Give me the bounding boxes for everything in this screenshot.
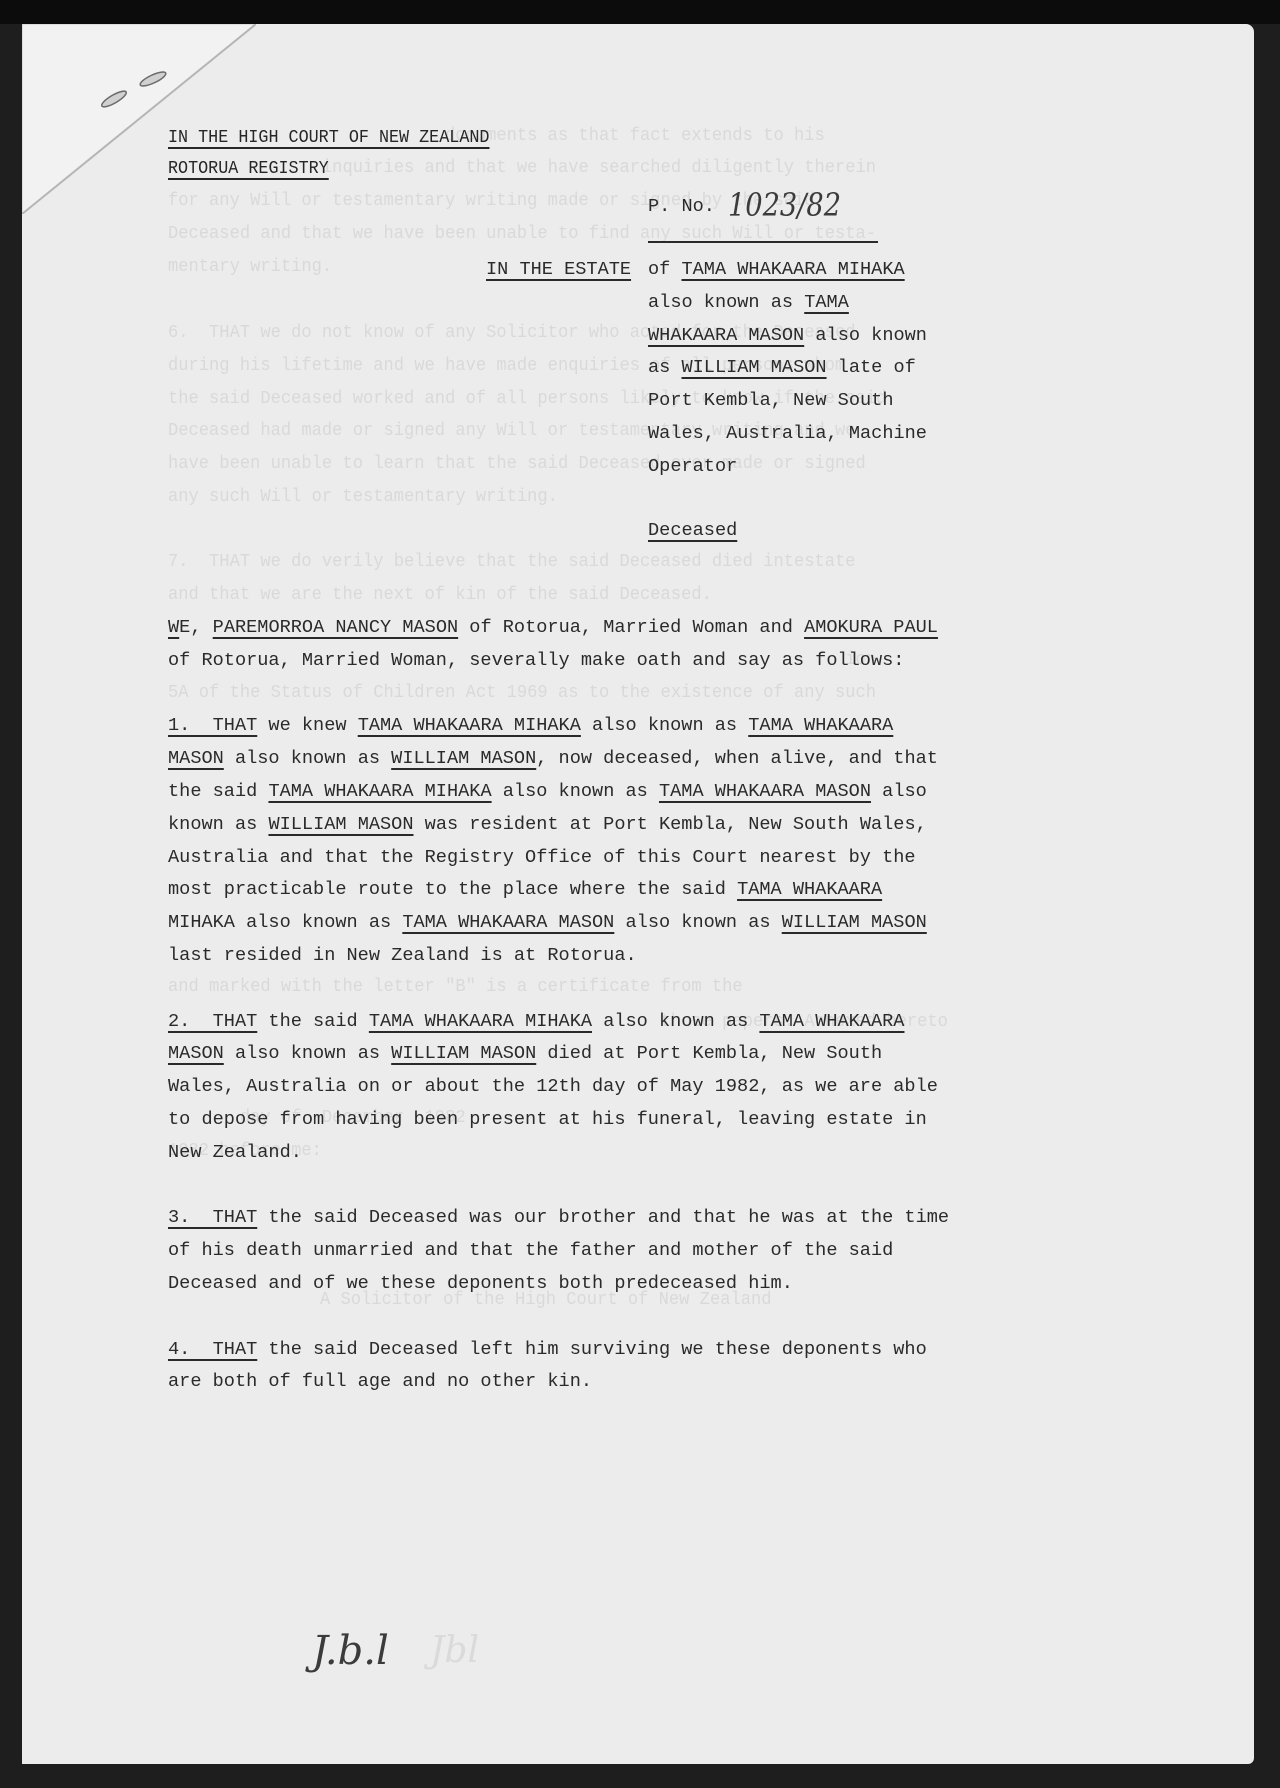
text-run: also known as [592, 1011, 759, 1032]
underlined-name: TAMA [804, 292, 849, 313]
estate-line: Wales, Australia, Machine [648, 423, 927, 445]
text-run: was resident at Port Kembla, New South W… [414, 814, 927, 835]
underlined-name: WILLIAM MASON [391, 1043, 536, 1064]
text-run: the said [257, 1011, 369, 1032]
text-run: also known as [581, 715, 748, 736]
text-run: late of [827, 357, 916, 378]
estate-line: also known as TAMA [648, 292, 849, 314]
paragraph-line: 1. THAT we knew TAMA WHAKAARA MIHAKA als… [168, 715, 893, 737]
paragraph-line: last resided in New Zealand is at Rotoru… [168, 945, 637, 967]
underlined-name: WILLIAM MASON [681, 357, 826, 378]
folded-corner [22, 24, 256, 214]
paragraph-line: Wales, Australia on or about the 12th da… [168, 1076, 938, 1098]
underlined-name: MASON [168, 748, 224, 769]
underlined-name: TAMA WHAKAARA MASON [659, 781, 871, 802]
underlined-name: WHAKAARA MASON [648, 325, 804, 346]
text-run: most practicable route to the place wher… [168, 879, 737, 900]
text-run: known as [168, 814, 268, 835]
estate-line: as WILLIAM MASON late of [648, 357, 916, 379]
underlined-name: WILLIAM MASON [268, 814, 413, 835]
text-run: are both of full age and no other kin. [168, 1371, 592, 1392]
paragraph-line: of his death unmarried and that the fath… [168, 1240, 893, 1262]
underlined-name: TAMA WHAKAARA MASON [402, 912, 614, 933]
paragraph-line: known as WILLIAM MASON was resident at P… [168, 814, 927, 836]
text-run: of his death unmarried and that the fath… [168, 1240, 893, 1261]
court-name: IN THE HIGH COURT OF NEW ZEALAND [168, 127, 489, 149]
deceased-heading: Deceased [648, 520, 737, 542]
underlined-name: TAMA WHAKAARA MIHAKA [268, 781, 491, 802]
paragraph-line: to depose from having been present at hi… [168, 1109, 927, 1131]
p-no-label: P. No. [648, 196, 715, 218]
estate-line: Port Kembla, New South [648, 390, 893, 412]
underlined-name: TAMA WHAKAARA [737, 879, 882, 900]
paragraph-line: New Zealand. [168, 1142, 302, 1164]
text-run: of Rotorua, Married Woman and [458, 617, 804, 638]
underlined-name: TAMA WHAKAARA [748, 715, 893, 736]
text-run: Wales, Australia on or about the 12th da… [168, 1076, 938, 1097]
text-run: also known as [492, 781, 659, 802]
text-run: , now deceased, when alive, and that [536, 748, 938, 769]
text-run: the said Deceased left him surviving we … [257, 1339, 926, 1360]
text-run: the said Deceased was our brother and th… [257, 1207, 949, 1228]
paragraph-line: MIHAKA also known as TAMA WHAKAARA MASON… [168, 912, 927, 934]
paragraph-line: are both of full age and no other kin. [168, 1371, 592, 1393]
text-run: Australia and that the Registry Office o… [168, 847, 916, 868]
p-no-rule [648, 241, 878, 243]
text-run: last resided in New Zealand is at Rotoru… [168, 945, 637, 966]
text-run: Deceased and of we these deponents both … [168, 1273, 793, 1294]
text-run: E, [179, 617, 212, 638]
text-run: Operator [648, 456, 737, 477]
estate-line: WHAKAARA MASON also known [648, 325, 927, 347]
text-run: we knew [257, 715, 357, 736]
underlined-name: PAREMORROA NANCY MASON [213, 617, 458, 638]
underlined-name: 1. THAT [168, 715, 257, 736]
text-run: also [871, 781, 927, 802]
text-run: also known as [614, 912, 781, 933]
text-run: as [648, 357, 681, 378]
estate-line: of TAMA WHAKAARA MIHAKA [648, 259, 905, 281]
underlined-name: WILLIAM MASON [391, 748, 536, 769]
underlined-name: TAMA WHAKAARA MIHAKA [358, 715, 581, 736]
initials-signature: J.b.l [312, 1628, 389, 1674]
underlined-name: 4. THAT [168, 1339, 257, 1360]
text-run: to depose from having been present at hi… [168, 1109, 927, 1130]
text-run: Wales, Australia, Machine [648, 423, 927, 444]
text-run: of [648, 259, 681, 280]
underlined-name: TAMA WHAKAARA MIHAKA [681, 259, 904, 280]
paragraph-line: Australia and that the Registry Office o… [168, 847, 916, 869]
paragraph-line: MASON also known as WILLIAM MASON, now d… [168, 748, 938, 770]
text-run: Port Kembla, New South [648, 390, 893, 411]
paragraph-line: most practicable route to the place wher… [168, 879, 882, 901]
paragraph-line: 3. THAT the said Deceased was our brothe… [168, 1207, 949, 1229]
text-run: also known [804, 325, 927, 346]
text-run: of Rotorua, Married Woman, severally mak… [168, 650, 904, 671]
text-run: also known as [648, 292, 804, 313]
paragraph-line: Deceased and of we these deponents both … [168, 1273, 793, 1295]
estate-line: Operator [648, 456, 737, 478]
intro-line: of Rotorua, Married Woman, severally mak… [168, 650, 904, 672]
p-no-value: 1023/82 [728, 186, 841, 224]
underlined-name: TAMA WHAKAARA MIHAKA [369, 1011, 592, 1032]
bleed-through-signature: Jbl [430, 1630, 479, 1671]
underlined-name: W [168, 617, 179, 638]
underlined-name: AMOKURA PAUL [804, 617, 938, 638]
paragraph-line: the said TAMA WHAKAARA MIHAKA also known… [168, 781, 927, 803]
text-run: MIHAKA also known as [168, 912, 402, 933]
underlined-name: TAMA WHAKAARA [759, 1011, 904, 1032]
underlined-name: MASON [168, 1043, 224, 1064]
text-run: New Zealand. [168, 1142, 302, 1163]
estate-label: IN THE ESTATE [486, 259, 631, 281]
text-run: also known as [224, 748, 391, 769]
underlined-name: 2. THAT [168, 1011, 257, 1032]
paragraph-line: 2. THAT the said TAMA WHAKAARA MIHAKA al… [168, 1011, 904, 1033]
paragraph-line: MASON also known as WILLIAM MASON died a… [168, 1043, 882, 1065]
underlined-name: WILLIAM MASON [782, 912, 927, 933]
registry-name: ROTORUA REGISTRY [168, 158, 329, 180]
paragraph-line: 4. THAT the said Deceased left him survi… [168, 1339, 927, 1361]
intro-line: WE, PAREMORROA NANCY MASON of Rotorua, M… [168, 617, 938, 639]
underlined-name: 3. THAT [168, 1207, 257, 1228]
text-run: the said [168, 781, 268, 802]
text-run: died at Port Kembla, New South [536, 1043, 882, 1064]
text-run: also known as [224, 1043, 391, 1064]
scan-top-border [0, 0, 1280, 24]
